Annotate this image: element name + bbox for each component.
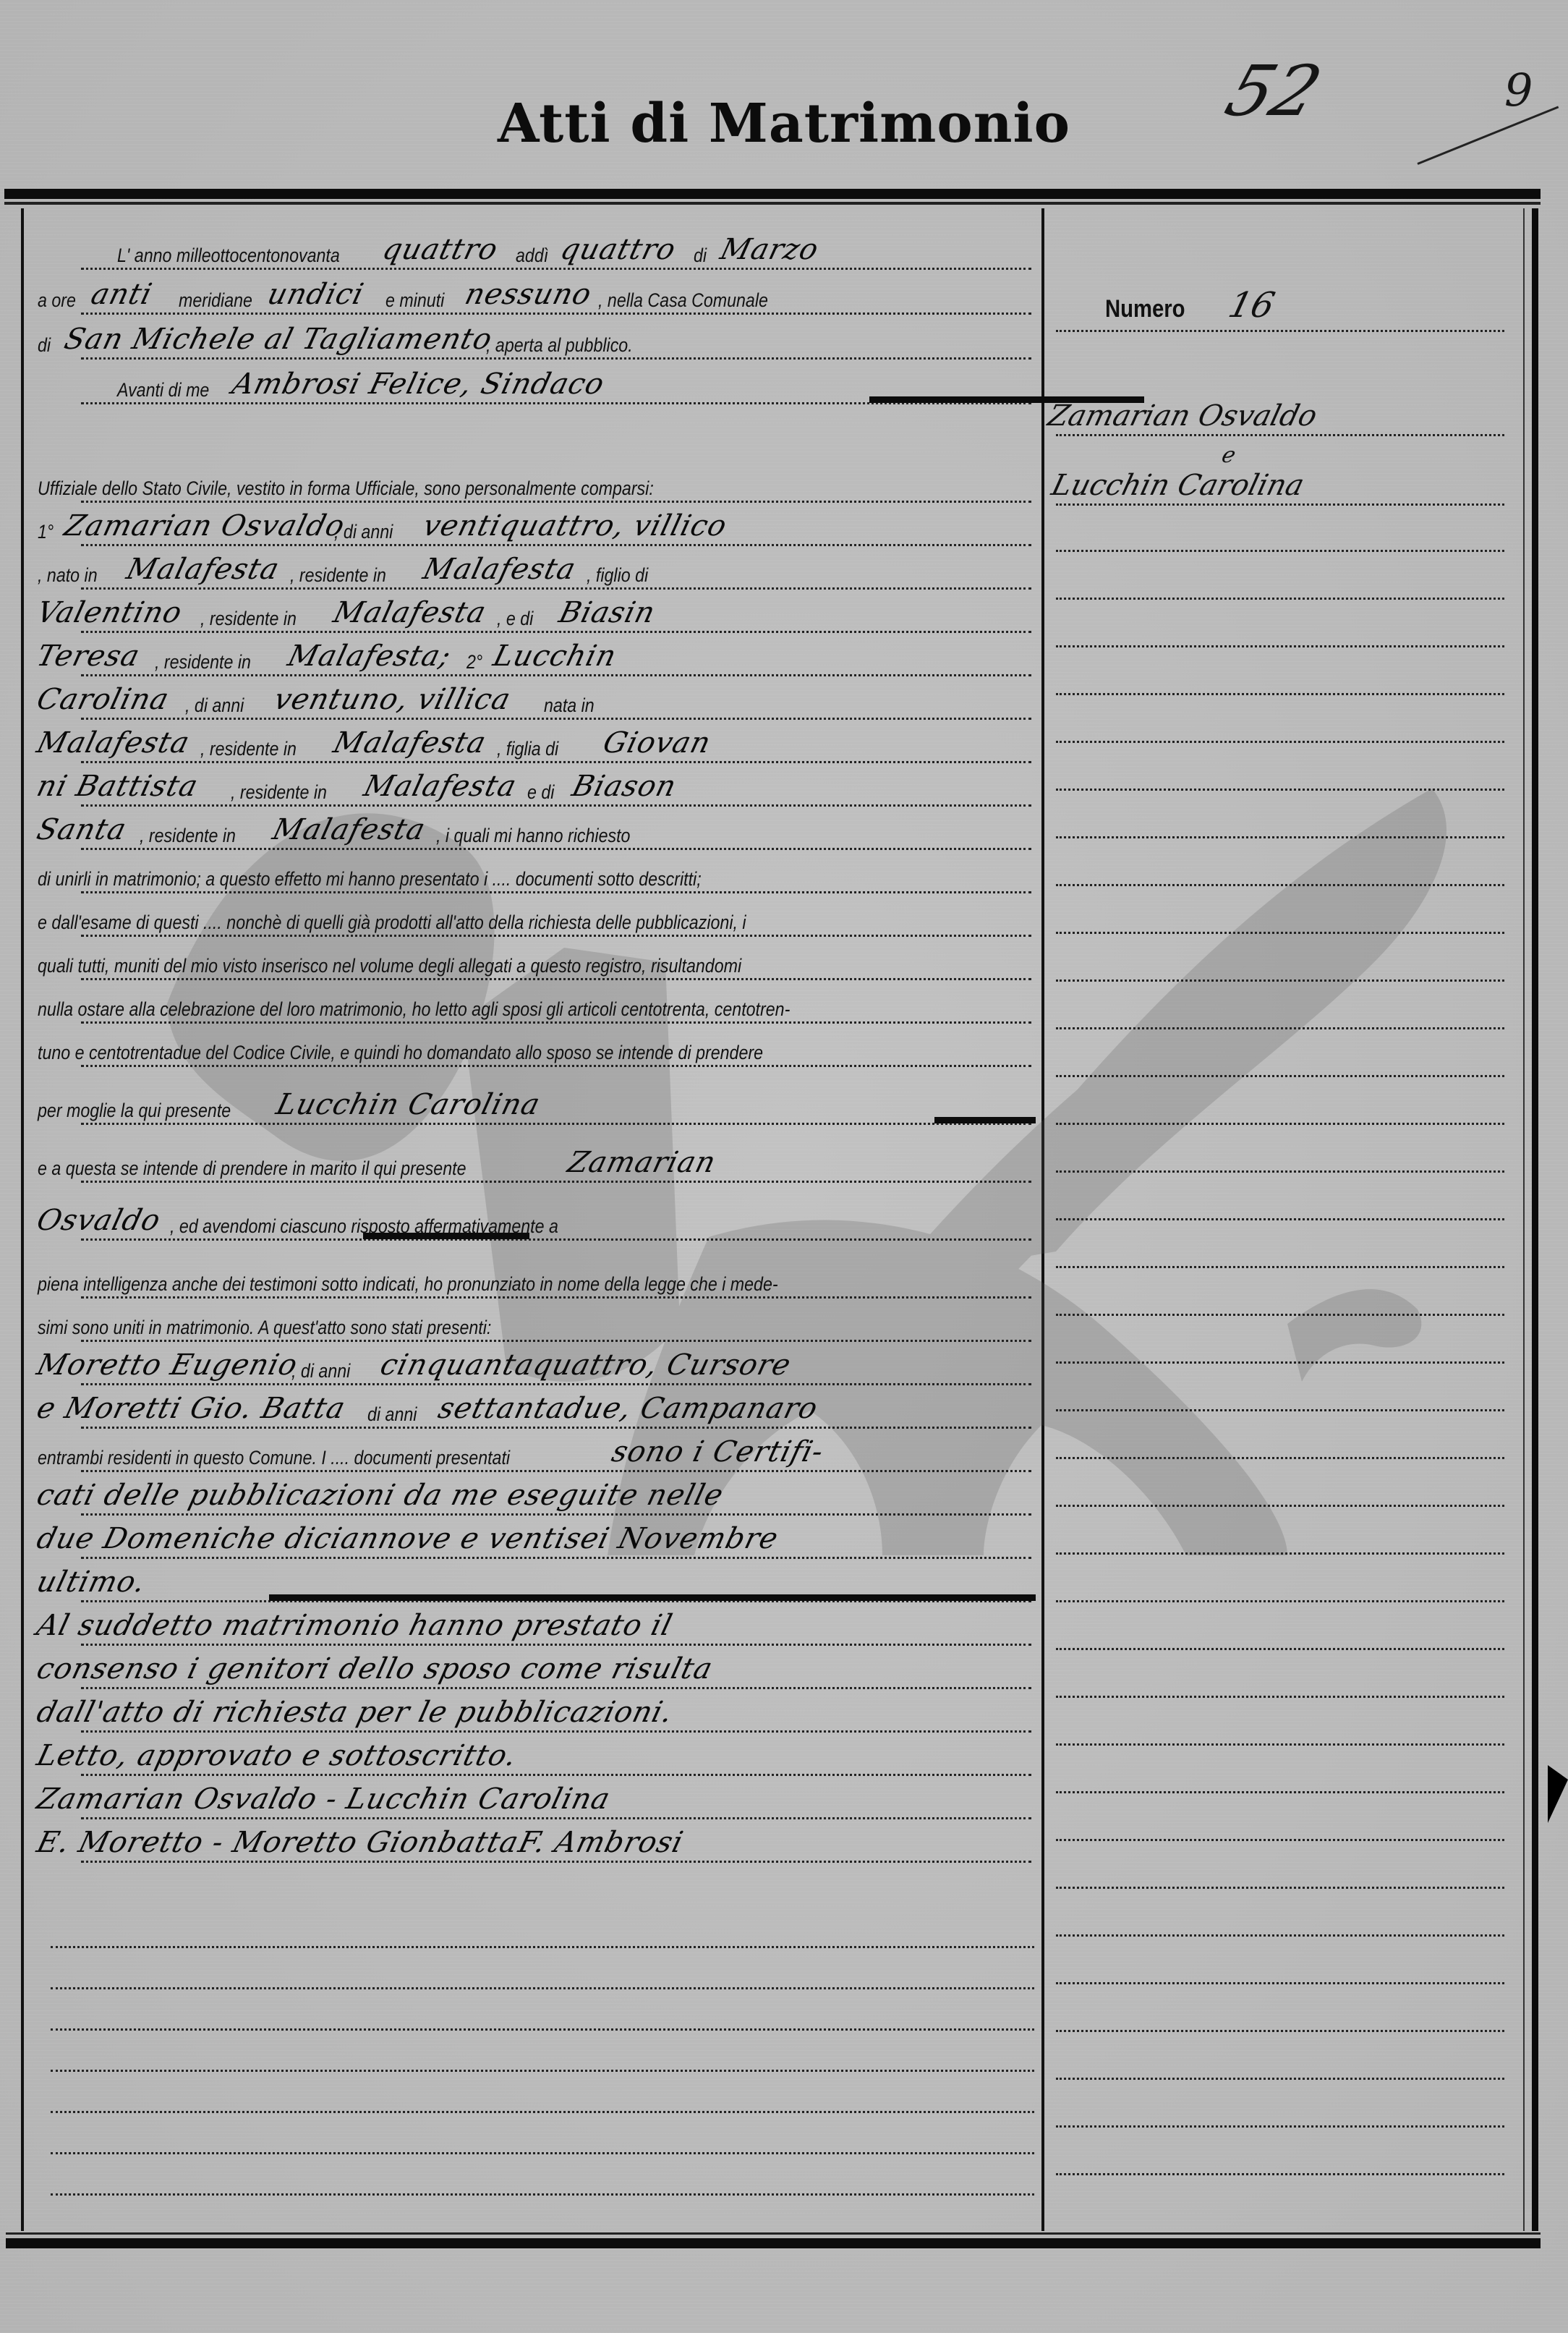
dotted-rule	[1056, 884, 1504, 886]
handwritten-entry: Malafesta	[419, 553, 579, 586]
handwritten-entry: consenso i genitori dello sposo come ris…	[33, 1652, 716, 1686]
dotted-rule	[51, 2111, 1034, 2113]
printed-text: , e di	[497, 608, 533, 630]
dotted-rule	[1056, 1075, 1504, 1077]
dotted-rule	[81, 1687, 1031, 1689]
act-line: e a questa se intende di prendere in mar…	[38, 1143, 1036, 1195]
dotted-rule	[1056, 1457, 1504, 1459]
margin-groom-name: Zamarian Osvaldo	[1044, 399, 1320, 433]
printed-text: Uffiziale dello Stato Civile, vestito in…	[38, 477, 654, 500]
frame-left-rule	[21, 208, 24, 2231]
dotted-rule	[1056, 1600, 1504, 1602]
handwritten-entry: Valentino	[33, 596, 185, 629]
dotted-rule	[1056, 2173, 1504, 2175]
dotted-rule	[51, 1987, 1034, 1989]
handwritten-entry: E. Moretto - Moretto Gionbatta	[33, 1826, 522, 1859]
dotted-rule	[81, 1513, 1031, 1516]
handwritten-entry: nessuno	[462, 278, 596, 311]
handwritten-entry: Ambrosi Felice, Sindaco	[229, 367, 608, 401]
dotted-rule	[81, 1065, 1031, 1067]
printed-text: , nato in	[38, 564, 98, 587]
dotted-rule	[1056, 1839, 1504, 1841]
handwritten-entry: ventuno, villica	[270, 683, 514, 716]
handwritten-entry: Teresa	[33, 639, 143, 673]
printed-text: , figlia di	[497, 738, 558, 760]
act-line: per moglie la qui presenteLucchin Caroli…	[38, 1085, 1036, 1137]
printed-text: , di anni	[185, 694, 244, 717]
act-line: E. Moretto - Moretto GionbattaF. Ambrosi	[38, 1823, 1036, 1875]
printed-text: tuno e centotrentadue del Codice Civile,…	[38, 1042, 763, 1064]
dotted-rule	[1056, 979, 1504, 982]
handwritten-entry: Malafesta	[330, 726, 490, 760]
record-number-label: Numero	[1105, 295, 1185, 323]
margin-bride-name: Lucchin Carolina	[1048, 469, 1307, 502]
dotted-rule	[1056, 645, 1504, 647]
handwritten-entry: Carolina	[33, 683, 172, 716]
document-title: Atti di Matrimonio	[0, 93, 1568, 155]
dotted-rule	[81, 891, 1031, 893]
handwritten-entry: cati delle pubblicazioni da me eseguite …	[33, 1479, 727, 1512]
printed-text: L' anno milleottocentonovanta	[117, 245, 340, 267]
dotted-rule	[1056, 2078, 1504, 2080]
dotted-rule	[81, 1181, 1031, 1183]
dotted-rule	[81, 848, 1031, 850]
dotted-rule	[1056, 1791, 1504, 1793]
handwritten-entry: Santa	[33, 813, 129, 846]
dotted-rule	[81, 631, 1031, 633]
act-line: tuno e centotrentadue del Codice Civile,…	[38, 1027, 1036, 1079]
dotted-rule	[51, 1946, 1034, 1948]
printed-text: e minuti	[385, 289, 444, 312]
dotted-rule	[81, 587, 1031, 590]
printed-text: di	[694, 245, 707, 267]
dotted-rule	[1056, 932, 1504, 934]
frame-right-rule-thin	[1523, 208, 1525, 2231]
frame-top-rule-thin	[4, 202, 1541, 205]
dotted-rule	[1056, 1409, 1504, 1411]
dotted-rule	[81, 935, 1031, 937]
dotted-rule	[51, 2152, 1034, 2154]
printed-text: addì	[516, 245, 548, 267]
handwritten-entry: ultimo.	[33, 1565, 149, 1599]
dotted-rule	[1056, 434, 1504, 436]
handwritten-entry: undici	[264, 278, 367, 311]
dotted-rule	[81, 268, 1031, 270]
fill-stroke	[934, 1117, 1036, 1123]
frame-top-rule	[4, 189, 1541, 199]
printed-text: di	[38, 334, 51, 357]
printed-text: meridiane	[179, 289, 252, 312]
dotted-rule	[81, 804, 1031, 807]
printed-text: , di anni	[291, 1360, 350, 1382]
printed-text: e dall'esame di questi .... nonchè di qu…	[38, 911, 746, 934]
printed-text: di unirli in matrimonio; a questo effett…	[38, 868, 702, 891]
handwritten-entry: Malafesta	[330, 596, 490, 629]
handwritten-entry: Moretto Eugenio	[33, 1348, 301, 1382]
dotted-rule	[51, 2193, 1034, 2196]
handwritten-entry: Lucchin	[490, 639, 620, 673]
printed-text: simi sono uniti in matrimonio. A quest'a…	[38, 1317, 491, 1339]
dotted-rule	[1056, 598, 1504, 600]
dotted-rule	[81, 357, 1031, 360]
dotted-rule	[81, 1730, 1031, 1733]
handwritten-entry: cinquantaquattro, Cursore	[377, 1348, 794, 1382]
handwritten-entry: Malafesta	[123, 553, 283, 586]
dotted-rule	[1056, 693, 1504, 695]
dotted-rule	[1056, 1934, 1504, 1937]
dotted-rule	[81, 1238, 1031, 1241]
printed-text: , residente in	[140, 825, 236, 847]
printed-text: 2°	[466, 651, 482, 673]
printed-text: quali tutti, muniti del mio visto inseri…	[38, 955, 741, 977]
handwritten-entry: Osvaldo	[33, 1204, 164, 1237]
handwritten-entry: Malafesta	[360, 770, 520, 803]
dotted-rule	[81, 718, 1031, 720]
dotted-rule	[1056, 1505, 1504, 1507]
dotted-rule	[81, 1557, 1031, 1559]
dotted-rule	[1056, 1361, 1504, 1364]
dotted-rule	[1056, 1170, 1504, 1173]
handwritten-entry: Malafesta;	[284, 639, 454, 673]
handwritten-entry: due Domeniche diciannove e ventisei Nove…	[33, 1522, 782, 1555]
fill-stroke	[363, 1233, 529, 1239]
handwritten-entry: Malafesta	[33, 726, 193, 760]
handwritten-entry: ni Battista	[33, 770, 201, 803]
printed-text: , residente in	[155, 651, 251, 673]
printed-text: , residente in	[231, 781, 327, 804]
frame-right-rule	[1532, 208, 1538, 2231]
handwritten-entry: e Moretti Gio. Batta	[33, 1392, 349, 1425]
dotted-rule	[1056, 1314, 1504, 1316]
dotted-rule	[1056, 1552, 1504, 1555]
handwritten-entry: Zamarian	[564, 1146, 719, 1179]
printed-text: 1°	[38, 521, 54, 543]
dotted-rule	[1056, 741, 1504, 743]
handwritten-entry: quattro	[379, 233, 501, 266]
handwritten-entry: Giovan	[600, 726, 715, 760]
printed-text: nata in	[544, 694, 595, 717]
handwritten-entry: dall'atto di richiesta per le pubblicazi…	[33, 1696, 676, 1729]
handwritten-entry: sono i Certifi-	[608, 1435, 827, 1469]
handwritten-entry: Al suddetto matrimonio hanno prestato il	[33, 1609, 676, 1642]
dotted-rule	[1056, 1743, 1504, 1746]
printed-text: entrambi residenti in questo Comune. I .…	[38, 1447, 510, 1469]
printed-text: , i quali mi hanno richiesto	[436, 825, 630, 847]
printed-text: e a questa se intende di prendere in mar…	[38, 1157, 466, 1180]
printed-text: , residente in	[200, 738, 297, 760]
dotted-rule	[1056, 836, 1504, 838]
dotted-rule	[81, 501, 1031, 503]
handwritten-entry: Malafesta	[269, 813, 429, 846]
handwritten-entry: Biasin	[555, 596, 659, 629]
dotted-rule	[1056, 789, 1504, 791]
dotted-rule	[1056, 1266, 1504, 1268]
handwritten-entry: San Michele al Tagliamento	[61, 323, 496, 356]
dotted-rule	[81, 1340, 1031, 1342]
dotted-rule	[81, 1644, 1031, 1646]
dotted-rule	[1056, 1218, 1504, 1220]
handwritten-entry: Biason	[568, 770, 680, 803]
act-line: Osvaldo, ed avendomi ciascuno risposto a…	[38, 1201, 1036, 1253]
column-divider	[1041, 208, 1044, 2231]
dotted-rule	[81, 1123, 1031, 1125]
handwritten-entry: Zamarian Osvaldo - Lucchin Carolina	[33, 1782, 613, 1816]
record-number: 16	[1224, 285, 1279, 326]
dotted-rule	[81, 1817, 1031, 1819]
dotted-rule	[1056, 1123, 1504, 1125]
printed-text: , nella Casa Comunale	[598, 289, 768, 312]
handwritten-entry: anti	[88, 278, 155, 311]
dotted-rule	[81, 761, 1031, 763]
handwritten-entry: Marzo	[717, 233, 822, 266]
handwritten-entry: Letto, approvato e sottoscritto.	[33, 1739, 520, 1772]
printed-text: piena intelligenza anche dei testimoni s…	[38, 1273, 778, 1296]
handwritten-entry: F. Ambrosi	[515, 1826, 686, 1859]
printed-text: per moglie la qui presente	[38, 1100, 231, 1122]
handwritten-entry: quattro	[557, 233, 679, 266]
dotted-rule	[1056, 550, 1504, 552]
dotted-rule	[81, 313, 1031, 315]
dotted-rule	[1056, 1982, 1504, 1984]
folio-subnumber: 9	[1504, 64, 1533, 116]
printed-text: di anni	[367, 1403, 417, 1426]
dotted-rule	[1056, 2125, 1504, 2128]
margin-conjunction: e	[1219, 443, 1238, 468]
dotted-rule	[51, 2028, 1034, 2031]
dotted-rule	[81, 1296, 1031, 1299]
printed-text: , residente in	[290, 564, 386, 587]
dotted-rule	[1056, 1027, 1504, 1029]
dotted-rule	[51, 2070, 1034, 2072]
dotted-rule	[81, 1861, 1031, 1863]
dotted-rule	[81, 978, 1031, 980]
fill-stroke	[869, 396, 1144, 403]
printed-text: , residente in	[200, 608, 297, 630]
dotted-rule	[81, 674, 1031, 676]
handwritten-entry: settantadue, Campanaro	[435, 1392, 822, 1425]
dotted-rule	[1056, 1887, 1504, 1889]
printed-text: , figlio di	[587, 564, 648, 587]
handwritten-entry: Lucchin Carolina	[273, 1088, 543, 1121]
frame-bottom-rule-thin	[6, 2232, 1541, 2235]
handwritten-entry: ventiquattro, villico	[419, 509, 730, 543]
handwritten-entry: Zamarian Osvaldo	[61, 509, 349, 543]
frame-bottom-rule	[6, 2238, 1541, 2248]
printed-text: , di anni	[334, 521, 393, 543]
page-tab-marker	[1548, 1765, 1568, 1823]
printed-text: e di	[527, 781, 554, 804]
dotted-rule	[81, 1383, 1031, 1385]
dotted-rule	[1056, 503, 1504, 506]
dotted-rule	[1056, 330, 1504, 332]
printed-text: a ore	[38, 289, 76, 312]
dotted-rule	[81, 1470, 1031, 1472]
dotted-rule	[1056, 1696, 1504, 1698]
dotted-rule	[81, 1774, 1031, 1776]
printed-text: , aperta al pubblico.	[486, 334, 633, 357]
fill-stroke	[269, 1594, 1036, 1601]
dotted-rule	[1056, 1648, 1504, 1650]
dotted-rule	[81, 1427, 1031, 1429]
dotted-rule	[1056, 2030, 1504, 2032]
printed-text: nulla ostare alla celebrazione del loro …	[38, 998, 790, 1021]
dotted-rule	[81, 544, 1031, 546]
printed-text: Avanti di me	[117, 379, 209, 401]
act-line: Avanti di meAmbrosi Felice, Sindaco	[38, 365, 1036, 417]
dotted-rule	[81, 1021, 1031, 1024]
